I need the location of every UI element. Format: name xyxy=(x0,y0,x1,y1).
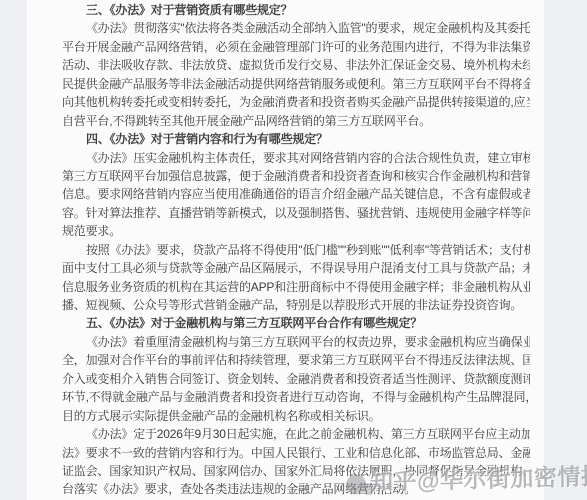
text-line: 自营平台,不得跳转至其他开展金融产品网络营销的第三方互联网平台。 xyxy=(62,112,530,130)
section-heading: 四、《办法》对于营销内容和行为有哪些规定？ xyxy=(62,130,530,148)
text-line: 向其他机构转委托或变相转委托，为金融消费者和投资者购买金融产品提供转接渠道的,应… xyxy=(62,93,530,111)
section-heading: 三、《办法》对于营销资质有哪些规定？ xyxy=(62,1,530,19)
text-line: 全，加强对合作平台的事前评估和持续管理，要求第三方互联网平台不得违反法律法规、国… xyxy=(62,351,530,369)
text-line: 第三方互联网平台加强信息披露，便于金融消费者和投资者查询和核实合作金融机构和营销… xyxy=(62,167,530,185)
text-line: 民提供金融产品服务等非法金融活动提供网络营销服务或便利。第三方互联网平台不得将金… xyxy=(62,75,530,93)
text-line: 平台开展金融产品网络营销，必须在金融管理部门许可的业务范围内进行，不得为非法集资… xyxy=(62,38,530,56)
text-line: 容。针对算法推荐、直播营销等新模式，以及强制搭售、骚扰营销、违规使用金融字样等问… xyxy=(62,204,530,222)
text-line: 《办法》压实金融机构主体责任，要求其对网络营销内容的合法合规性负责，建立审核工作… xyxy=(62,149,530,167)
section-heading: 五、《办法》对于金融机构与第三方互联网平台合作有哪些规定？ xyxy=(62,314,530,332)
text-line: 面中支付工具必须与贷款等金融产品区隔展示，不得误导用户混淆支付工具与贷款产品；未… xyxy=(62,259,530,277)
text-line: 环节,不得就金融产品与金融消费者和投资者进行互动咨询，不得与金融机构产生品牌混同… xyxy=(62,388,530,406)
document-body: 三、《办法》对于营销资质有哪些规定？《办法》贯彻落实"依法将各类金融活动全部纳入… xyxy=(62,1,530,499)
text-line: 《办法》定于2026年9月30日起实施，在此之前金融机构、第三方互联网平台应主动… xyxy=(62,425,530,443)
text-line: 信息。要求网络营销内容应当使用准确通俗的语言介绍金融产品关键信息，不含有虚假或者… xyxy=(62,185,530,203)
text-line: 播、短视频、公众号等形式营销金融产品，特别是以荐股形式开展的非法证券投资咨询。 xyxy=(62,296,530,314)
text-line: 《办法》贯彻落实"依法将各类金融活动全部纳入监管"的要求，规定金融机构及其委托的… xyxy=(62,19,530,37)
text-line: 信息服务业务资质的机构在其运营的APP和注册商标中不得使用金融字样；非金融机构从… xyxy=(62,278,530,296)
text-line: 按照《办法》要求，贷款产品将不得使用"低门槛""秒到账""低利率"等营销话术；支… xyxy=(62,241,530,259)
text-line: 介入或变相介入销售合同签订、资金划转、金融消费者和投资者适当性测评、贷款额度测评… xyxy=(62,370,530,388)
text-line: 台落实《办法》要求，查处各类违法违规的金融产品网络营销活动。 xyxy=(62,480,530,498)
text-line: 《办法》着重厘清金融机构与第三方互联网平台的权责边界，要求金融机构应当确保业务独… xyxy=(62,333,530,351)
text-line: 活动、非法吸收存款、非法放贷、虚拟货币发行交易、非法外汇保证金交易、境外机构未经… xyxy=(62,56,530,74)
text-line: 证监会、国家知识产权局、国家网信办、国家外汇局将依法履职，协同督促指导金融机构、… xyxy=(62,462,530,480)
text-line: 规范要求。 xyxy=(62,222,530,240)
text-line: 法》要求不一致的营销内容和行为。中国人民银行、工业和信息化部、市场监管总局、金融… xyxy=(62,444,530,462)
text-line: 目的方式展示实际提供金融产品的金融机构名称或相关标识。 xyxy=(62,407,530,425)
